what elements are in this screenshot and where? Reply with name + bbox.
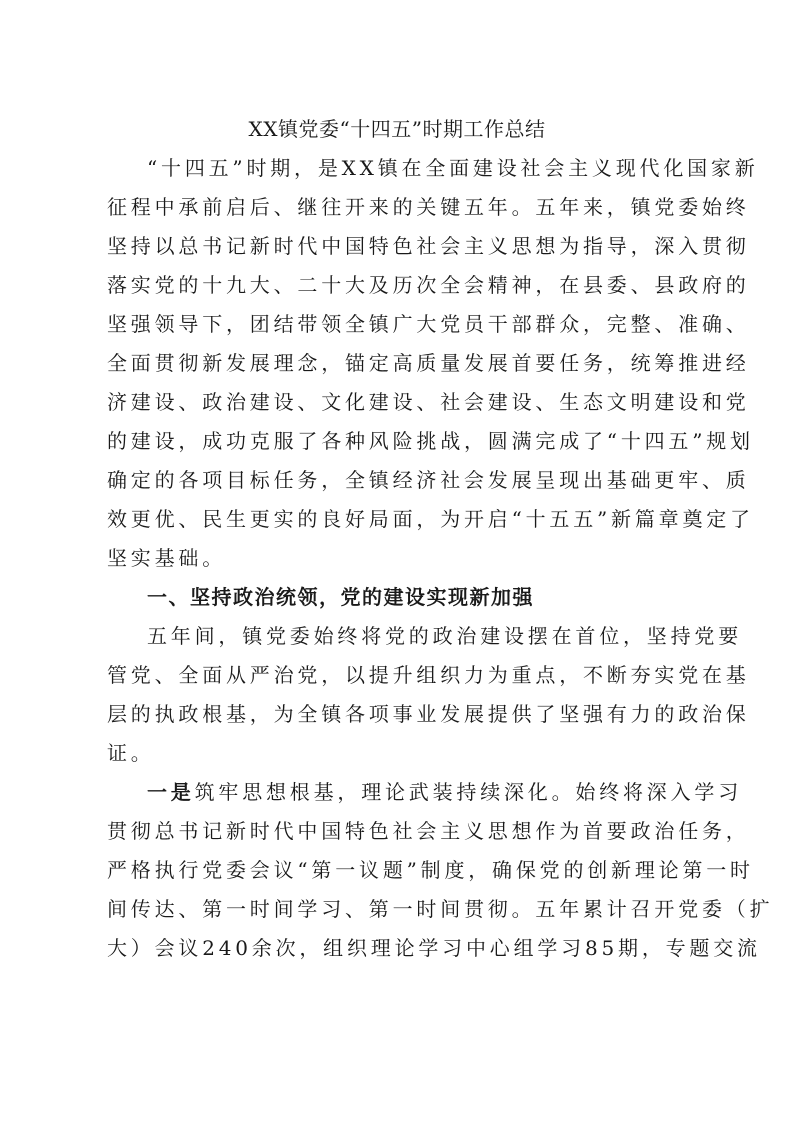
intro-paragraph: “十四五”时期，是XX镇在全面建设社会主义现代化国家新 征程中承前启后、继往开来…	[107, 149, 687, 578]
text-line: 证。	[107, 734, 687, 773]
point-lead: 一是	[147, 780, 195, 804]
text-line: 管党、全面从严治党，以提升组织力为重点，不断夯实党在基	[107, 656, 687, 695]
text-line: 效更优、民生更实的良好局面，为开启“十五五”新篇章奠定了	[107, 500, 687, 539]
text-line: 贯彻总书记新时代中国特色社会主义思想作为首要政治任务，	[107, 812, 687, 851]
point-text: 筑牢思想根基，理论武装持续深化。始终将深入学习	[195, 780, 742, 804]
document-page: XX镇党委“十四五”时期工作总结 “十四五”时期，是XX镇在全面建设社会主义现代…	[107, 113, 687, 968]
text-line: 济建设、政治建设、文化建设、社会建设、生态文明建设和党	[107, 383, 687, 422]
section-heading: 一、坚持政治统领，党的建设实现新加强	[107, 578, 687, 617]
document-title: XX镇党委“十四五”时期工作总结	[107, 113, 687, 145]
text-line: 落实党的十九大、二十大及历次全会精神，在县委、县政府的	[107, 266, 687, 305]
section1-paragraph: 五年间，镇党委始终将党的政治建设摆在首位，坚持党要 管党、全面从严治党，以提升组…	[107, 617, 687, 773]
text-line: 全面贯彻新发展理念，锚定高质量发展首要任务，统筹推进经	[107, 344, 687, 383]
text-line: 坚持以总书记新时代中国特色社会主义思想为指导，深入贯彻	[107, 227, 687, 266]
text-line: 的建设，成功克服了各种风险挑战，圆满完成了“十四五”规划	[107, 422, 687, 461]
text-line: 征程中承前启后、继往开来的关键五年。五年来，镇党委始终	[107, 188, 687, 227]
point-one-paragraph: 一是筑牢思想根基，理论武装持续深化。始终将深入学习 贯彻总书记新时代中国特色社会…	[107, 773, 687, 968]
text-line: 五年间，镇党委始终将党的政治建设摆在首位，坚持党要	[107, 617, 687, 656]
text-line: 大）会议240余次，组织理论学习中心组学习85期，专题交流	[107, 929, 687, 968]
text-line: 坚强领导下，团结带领全镇广大党员干部群众，完整、准确、	[107, 305, 687, 344]
text-line: 严格执行党委会议“第一议题”制度，确保党的创新理论第一时	[107, 851, 687, 890]
text-line: “十四五”时期，是XX镇在全面建设社会主义现代化国家新	[107, 149, 687, 188]
text-line: 确定的各项目标任务，全镇经济社会发展呈现出基础更牢、质	[107, 461, 687, 500]
text-line: 层的执政根基，为全镇各项事业发展提供了坚强有力的政治保	[107, 695, 687, 734]
text-line: 间传达、第一时间学习、第一时间贯彻。五年累计召开党委（扩	[107, 890, 687, 929]
text-line: 坚实基础。	[107, 539, 687, 578]
text-line: 一是筑牢思想根基，理论武装持续深化。始终将深入学习	[107, 773, 687, 812]
